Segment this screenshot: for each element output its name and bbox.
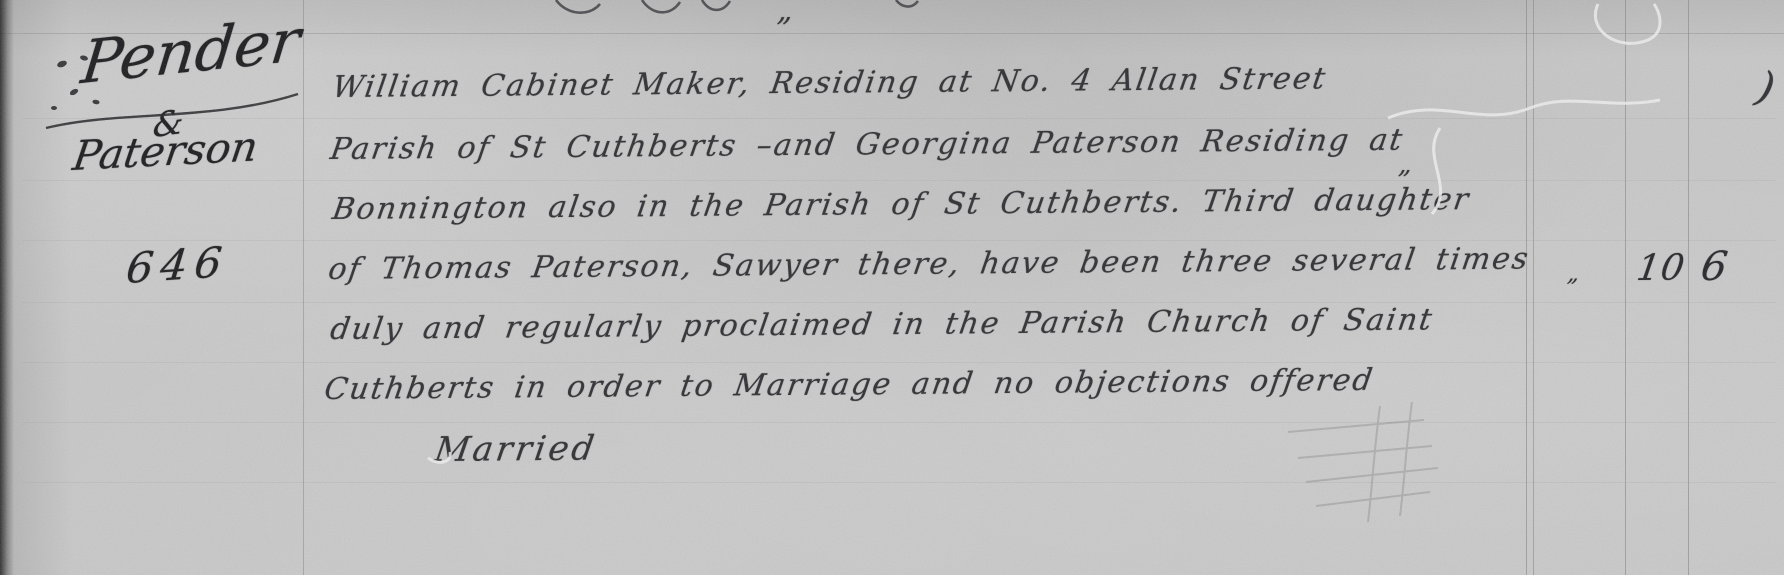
fee-column-rule	[1533, 0, 1534, 575]
fee-shillings-value: 10	[1634, 248, 1688, 289]
fee-column-rule	[1625, 0, 1626, 575]
entry-closing-married: Married	[432, 429, 600, 470]
entry-line: Parish of St Cuthberts –and Georgina Pat…	[328, 123, 1406, 167]
entry-line: William Cabinet Maker, Residing at No. 4…	[330, 61, 1329, 105]
feint-line	[22, 482, 1776, 483]
entry-line: of Thomas Paterson, Sawyer there, have b…	[326, 242, 1532, 287]
feint-line	[22, 362, 1776, 363]
entry-line: duly and regularly proclaimed in the Par…	[328, 302, 1436, 347]
margin-bride-surname: Paterson	[70, 123, 261, 180]
fee-first-column-mark: „	[1566, 262, 1582, 287]
margin-column-rule	[303, 0, 304, 575]
entry-line: Bonnington also in the Parish of St Cuth…	[330, 182, 1473, 227]
feint-line	[22, 118, 1776, 119]
pencil-scribble	[1288, 402, 1438, 522]
register-page-scan: Pender & Paterson 646 William Cabinet Ma…	[0, 0, 1784, 575]
entry-line: Cuthberts in order to Marriage and no ob…	[322, 363, 1376, 407]
fee-pence-value: 6	[1698, 244, 1731, 290]
margin-groom-surname: Pender	[78, 6, 304, 98]
ditto-mark-top: ”	[772, 12, 793, 47]
right-edge-pen-mark: )	[1752, 61, 1780, 113]
fee-column-rule	[1526, 0, 1527, 575]
feint-line	[22, 180, 1776, 181]
feint-line	[22, 422, 1776, 423]
fee-column-rule	[1688, 0, 1689, 575]
cutoff-writing-fragments	[556, 0, 918, 13]
book-gutter-edge	[0, 0, 14, 575]
margin-entry-number: 646	[124, 237, 231, 293]
feint-line	[22, 302, 1776, 303]
